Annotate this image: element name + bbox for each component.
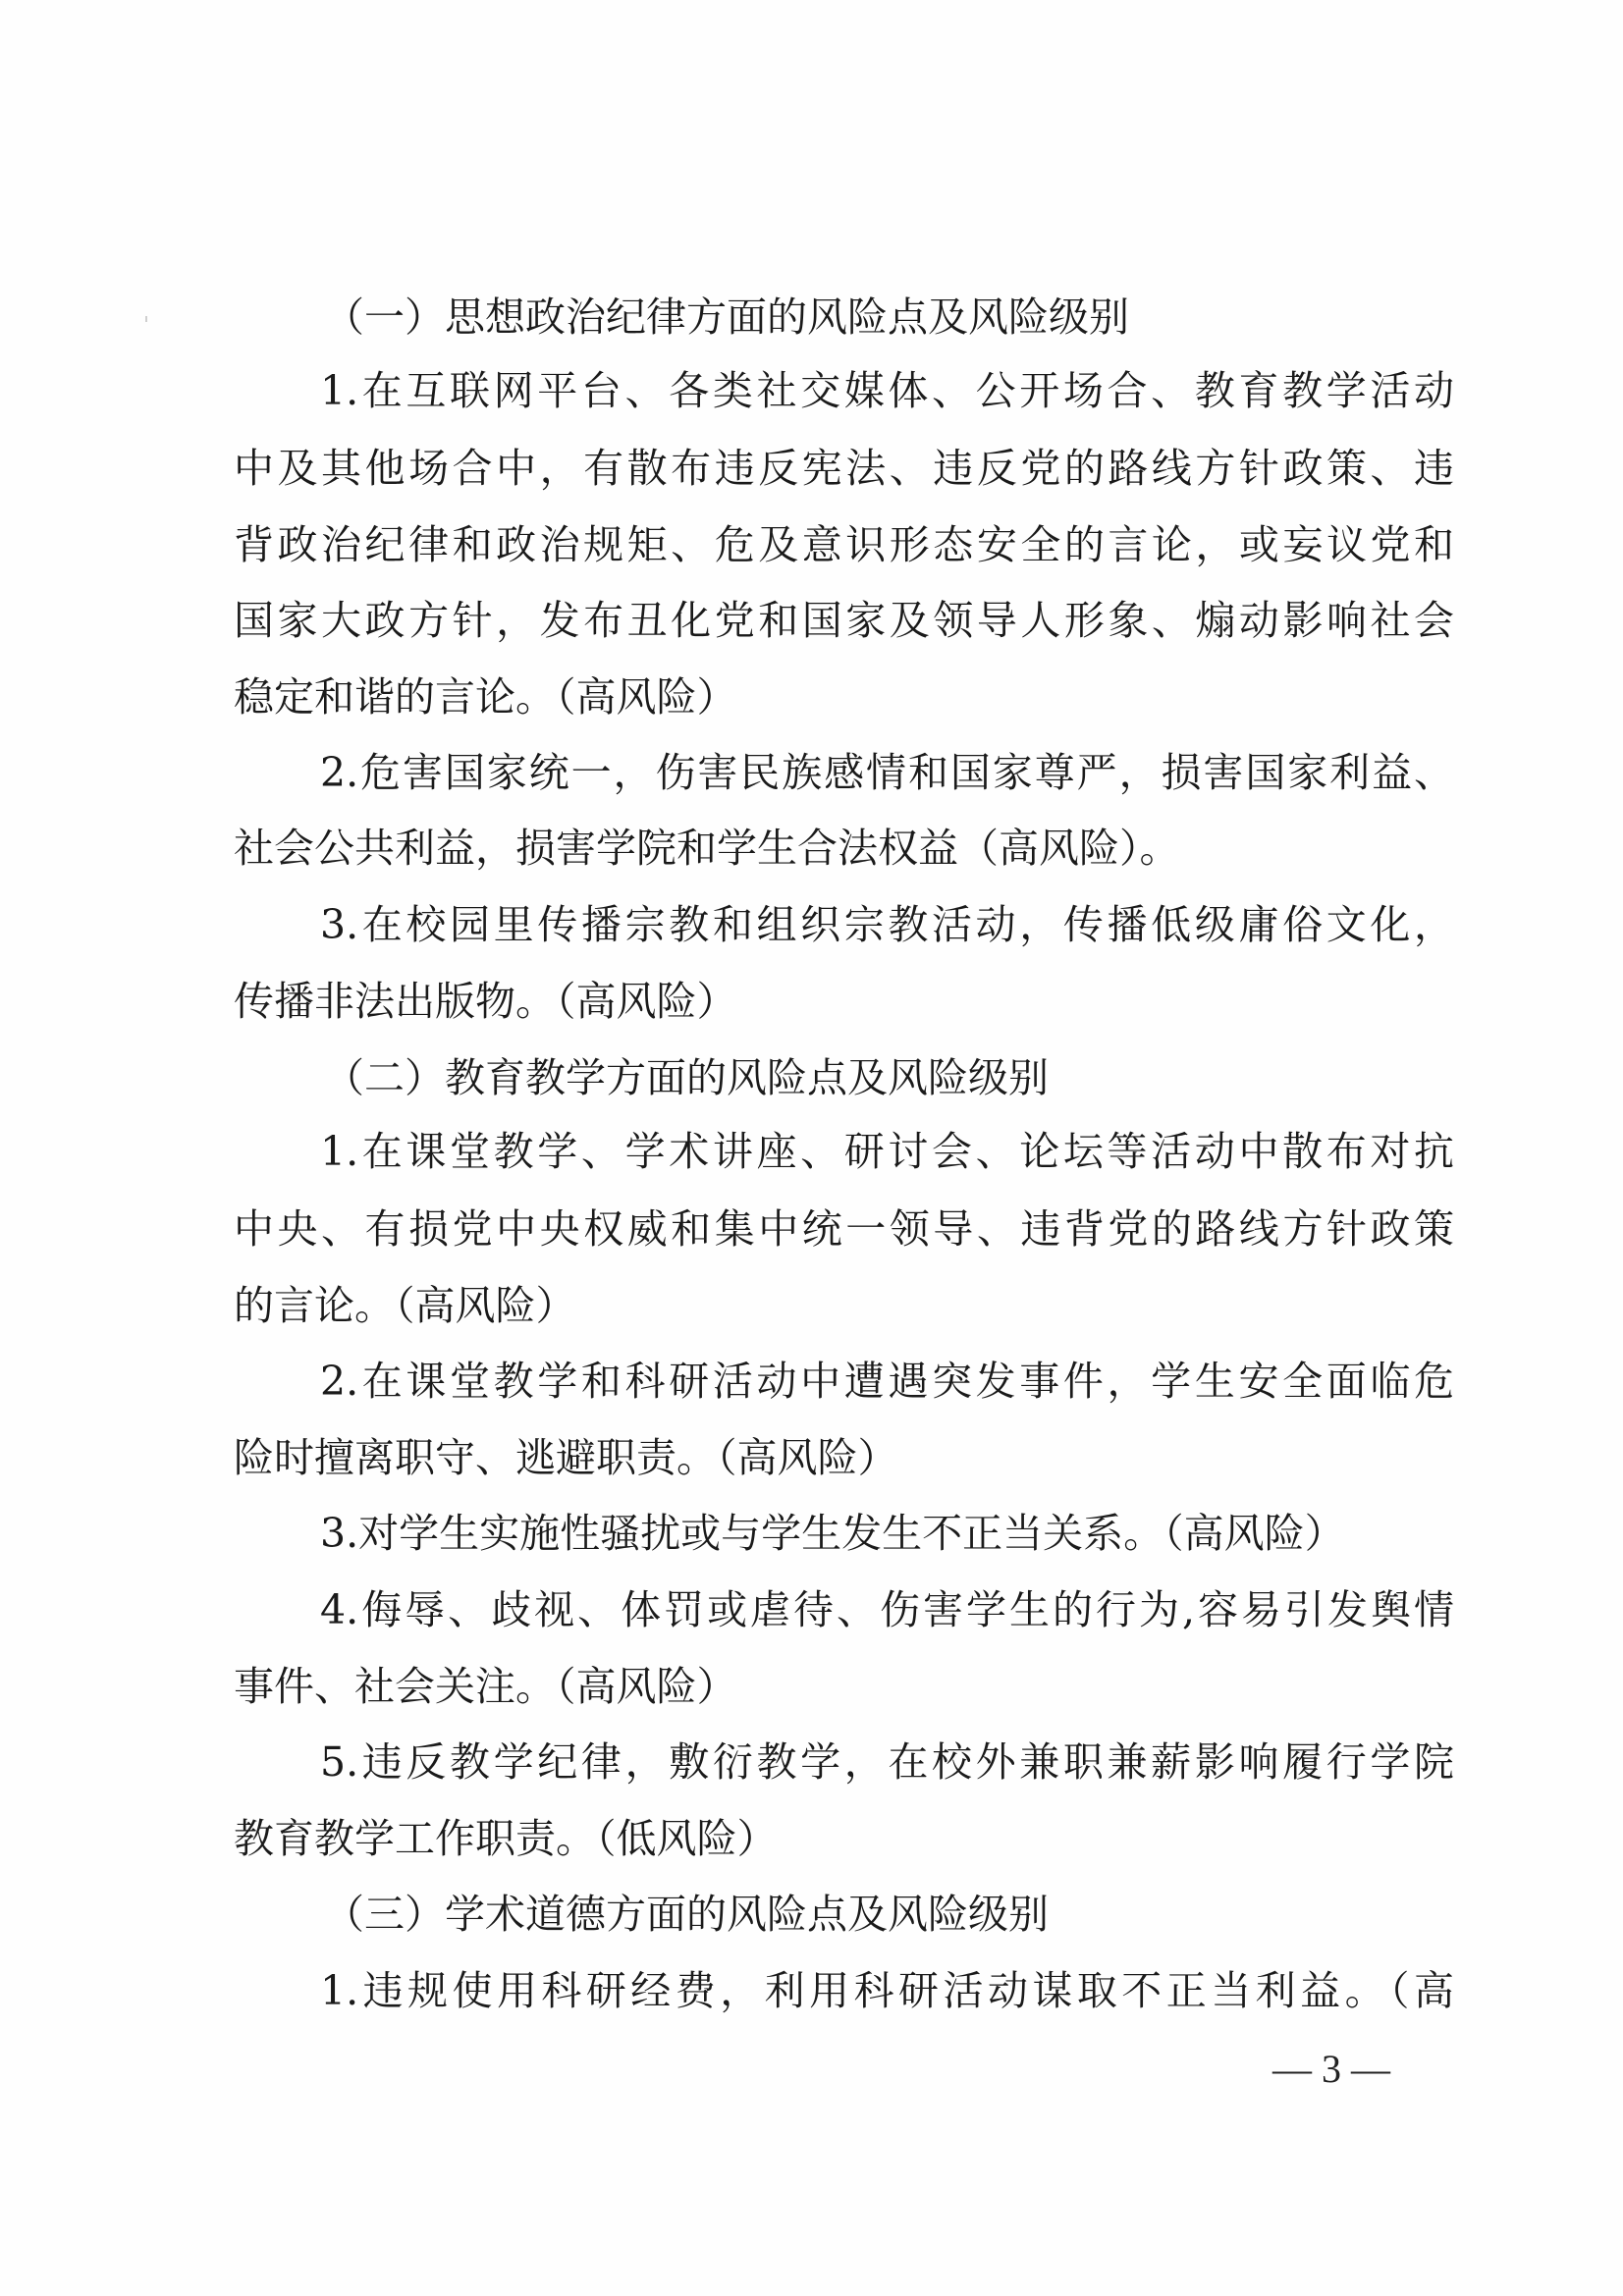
paragraph-line: 3.对学生实施性骚扰或与学生发生不正当关系。（高风险） bbox=[320, 1504, 1454, 1563]
paragraph-line: 1.在课堂教学、学术讲座、研讨会、论坛等活动中散布对抗 bbox=[320, 1122, 1454, 1181]
paragraph-line: 1.在互联网平台、各类社交媒体、公开场合、教育教学活动 bbox=[320, 361, 1454, 420]
section-heading-2: （二）教育教学方面的风险点及风险级别 bbox=[324, 1048, 1049, 1107]
paragraph-line: 1.违规使用科研经费，利用科研活动谋取不正当利益。（高 bbox=[320, 1961, 1454, 2020]
document-page: （一）思想政治纪律方面的风险点及风险级别 1.在互联网平台、各类社交媒体、公开场… bbox=[0, 0, 1623, 2296]
paragraph-line: 3.在校园里传播宗教和组织宗教活动，传播低级庸俗文化， bbox=[320, 895, 1454, 954]
paragraph-line: 中央、有损党中央权威和集中统一领导、违背党的路线方针政策 bbox=[234, 1200, 1454, 1258]
paragraph-line: 险时擅离职守、逃避职责。（高风险） bbox=[234, 1428, 1454, 1487]
paragraph-line: 稳定和谐的言论。（高风险） bbox=[234, 667, 1454, 726]
paragraph-line: 背政治纪律和政治规矩、危及意识形态安全的言论，或妄议党和 bbox=[234, 515, 1454, 574]
paragraph-line: 2.危害国家统一，伤害民族感情和国家尊严，损害国家利益、 bbox=[320, 743, 1454, 802]
paragraph-line: 4.侮辱、歧视、体罚或虐待、伤害学生的行为,容易引发舆情 bbox=[320, 1580, 1454, 1639]
page-number: — 3 — bbox=[1260, 2042, 1403, 2097]
paragraph-line: 的言论。（高风险） bbox=[234, 1276, 1454, 1335]
section-heading-1: （一）思想政治纪律方面的风险点及风险级别 bbox=[324, 288, 1129, 347]
paragraph-line: 教育教学工作职责。（低风险） bbox=[234, 1809, 1454, 1868]
paragraph-line: 5.违反教学纪律，敷衍教学，在校外兼职兼薪影响履行学院 bbox=[320, 1733, 1454, 1791]
paragraph-line: 事件、社会关注。（高风险） bbox=[234, 1657, 1454, 1716]
paragraph-line: 2.在课堂教学和科研活动中遭遇突发事件，学生安全面临危 bbox=[320, 1352, 1454, 1411]
paragraph-line: 社会公共利益，损害学院和学生合法权益（高风险）。 bbox=[234, 819, 1454, 878]
paragraph-line: 中及其他场合中，有散布违反宪法、违反党的路线方针政策、违 bbox=[234, 439, 1454, 498]
section-heading-3: （三）学术道德方面的风险点及风险级别 bbox=[324, 1885, 1049, 1944]
paragraph-line: 国家大政方针，发布丑化党和国家及领导人形象、煽动影响社会 bbox=[234, 591, 1454, 650]
paragraph-line: 传播非法出版物。（高风险） bbox=[234, 972, 1454, 1031]
scan-artifact bbox=[145, 316, 147, 322]
